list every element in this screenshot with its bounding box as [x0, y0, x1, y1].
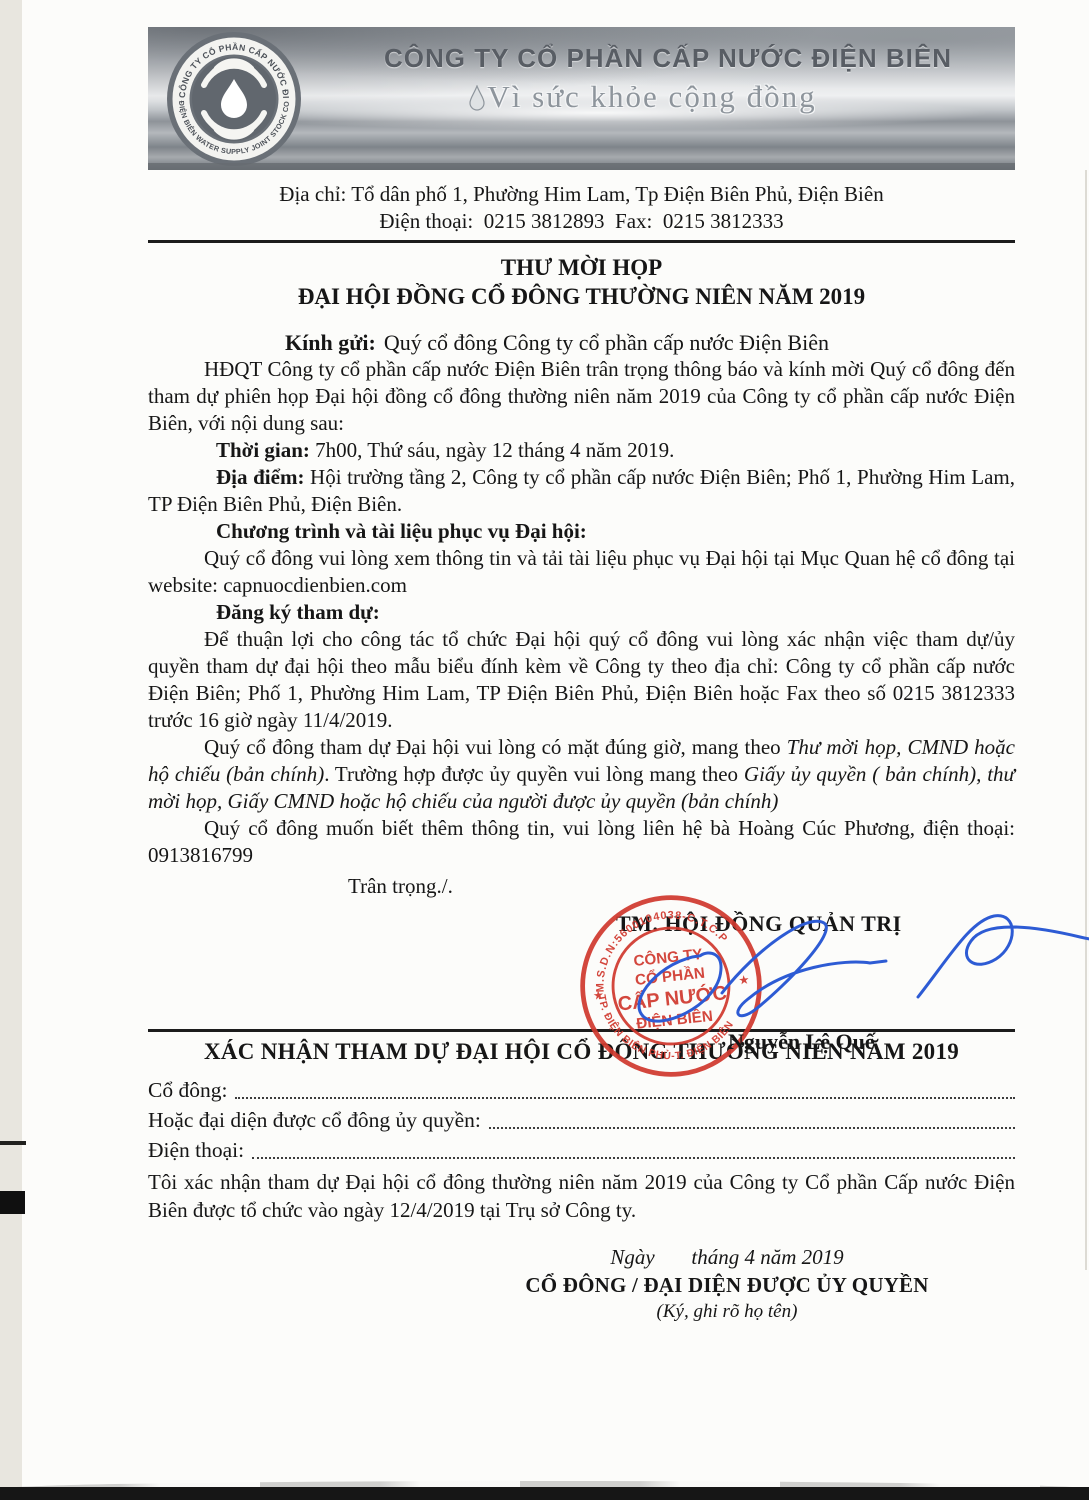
venue-label: Địa điểm:: [216, 465, 304, 489]
agenda-paragraph: Quý cổ đông vui lòng xem thông tin và tả…: [148, 545, 1015, 599]
dotted-fill-line: [252, 1157, 1015, 1159]
agenda-label: Chương trình và tài liệu phục vụ Đại hội…: [216, 519, 587, 543]
field-label: Hoặc đại diện được cổ đông ủy quyền:: [148, 1105, 489, 1135]
scanned-letter-page: CÔNG TY CỔ PHẦN CẤP NƯỚC ĐIỆN BIÊN ĐIỆN …: [0, 0, 1089, 1500]
agenda-heading: Chương trình và tài liệu phục vụ Đại hội…: [148, 518, 1015, 545]
company-logo: CÔNG TY CỔ PHẦN CẤP NƯỚC ĐIỆN BIÊN ĐIỆN …: [164, 29, 304, 169]
venue-line: Địa điểm: Hội trường tầng 2, Công ty cổ …: [148, 464, 1015, 518]
register-heading: Đăng ký tham dự:: [148, 599, 1015, 626]
confirmation-form: Cổ đông: Hoặc đại diện được cổ đông ủy q…: [148, 1075, 1015, 1165]
time-label: Thời gian:: [216, 438, 310, 462]
address-block: Địa chỉ: Tổ dân phố 1, Phường Him Lam, T…: [148, 181, 1015, 235]
form-row-phone: Điện thoại:: [148, 1135, 1015, 1165]
phone-fax-line: Điện thoại: 0215 3812893 Fax: 0215 38123…: [148, 208, 1015, 235]
date-line: Ngày tháng 4 năm 2019: [487, 1245, 967, 1270]
contact-paragraph: Quý cổ đông muốn biết thêm thông tin, vu…: [148, 815, 1015, 869]
salutation-label: Kính gửi:: [285, 330, 376, 355]
title-line-2: ĐẠI HỘI ĐỒNG CỔ ĐÔNG THƯỜNG NIÊN NĂM 201…: [148, 282, 1015, 311]
sign-note: (Ký, ghi rõ họ tên): [487, 1301, 967, 1323]
signer-title: CỔ ĐÔNG / ĐẠI DIỆN ĐƯỢC ỦY QUYỀN: [487, 1273, 967, 1298]
water-drop-icon: [469, 85, 485, 111]
star-icon: ★: [592, 988, 604, 1003]
field-label: Cổ đông:: [148, 1075, 235, 1105]
slogan-text: Vì sức khỏe cộng đồng: [487, 79, 816, 114]
address-line: Địa chỉ: Tổ dân phố 1, Phường Him Lam, T…: [148, 181, 1015, 208]
time-line: Thời gian: 7h00, Thứ sáu, ngày 12 tháng …: [148, 437, 1015, 464]
time-text: 7h00, Thứ sáu, ngày 12 tháng 4 năm 2019.: [310, 438, 674, 462]
company-slogan: Vì sức khỏe cộng đồng: [363, 79, 923, 115]
register-paragraph: Để thuận lợi cho công tác tổ chức Đại hộ…: [148, 626, 1015, 734]
dotted-fill-line: [235, 1097, 1015, 1099]
salutation: Kính gửi:Quý cổ đông Công ty cổ phần cấp…: [285, 330, 1015, 356]
scan-edge-artifact: [1085, 170, 1087, 1270]
horizontal-rule: [148, 240, 1015, 243]
signature-area: TM. HỘI ĐỒNG QUẢN TRỊ M.S.D.N:5600104038…: [148, 899, 1015, 1027]
attendance-paragraph: Quý cổ đông tham dự Đại hội vui lòng có …: [148, 734, 1015, 815]
scan-edge-artifact: [0, 1487, 1089, 1500]
scan-mark-artifact: [0, 1141, 26, 1145]
company-name: CÔNG TY CỔ PHẦN CẤP NƯỚC ĐIỆN BIÊN: [338, 43, 998, 74]
confirmation-statement: Tôi xác nhận tham dự Đại hội cổ đông thư…: [148, 1168, 1015, 1224]
letter-title: THƯ MỜI HỌP ĐẠI HỘI ĐỒNG CỔ ĐÔNG THƯỜNG …: [148, 253, 1015, 311]
attend-seg-3: . Trường hợp được ủy quyền vui lòng mang…: [324, 762, 744, 786]
bottom-sign-block: Ngày tháng 4 năm 2019 CỔ ĐÔNG / ĐẠI DIỆN…: [487, 1245, 967, 1323]
scan-edge-artifact: [0, 0, 22, 1500]
dotted-fill-line: [489, 1127, 1015, 1129]
form-row-shareholder: Cổ đông:: [148, 1075, 1015, 1105]
title-line-1: THƯ MỜI HỌP: [148, 253, 1015, 282]
signer-name: Nguyễn Lệ Quế: [728, 1029, 875, 1055]
attend-seg-1: Quý cổ đông tham dự Đại hội vui lòng có …: [204, 735, 787, 759]
scan-mark-artifact: [0, 1191, 25, 1214]
register-label: Đăng ký tham dự:: [216, 600, 380, 624]
field-label: Điện thoại:: [148, 1135, 252, 1165]
letterhead-banner: CÔNG TY CỔ PHẦN CẤP NƯỚC ĐIỆN BIÊN ĐIỆN …: [148, 27, 1015, 170]
intro-paragraph: HĐQT Công ty cổ phần cấp nước Điện Biên …: [148, 356, 1015, 437]
letter-content: CÔNG TY CỔ PHẦN CẤP NƯỚC ĐIỆN BIÊN ĐIỆN …: [148, 27, 1015, 1323]
form-row-proxy: Hoặc đại diện được cổ đông ủy quyền:: [148, 1105, 1015, 1135]
salutation-text: Quý cổ đông Công ty cổ phần cấp nước Điệ…: [384, 330, 829, 355]
